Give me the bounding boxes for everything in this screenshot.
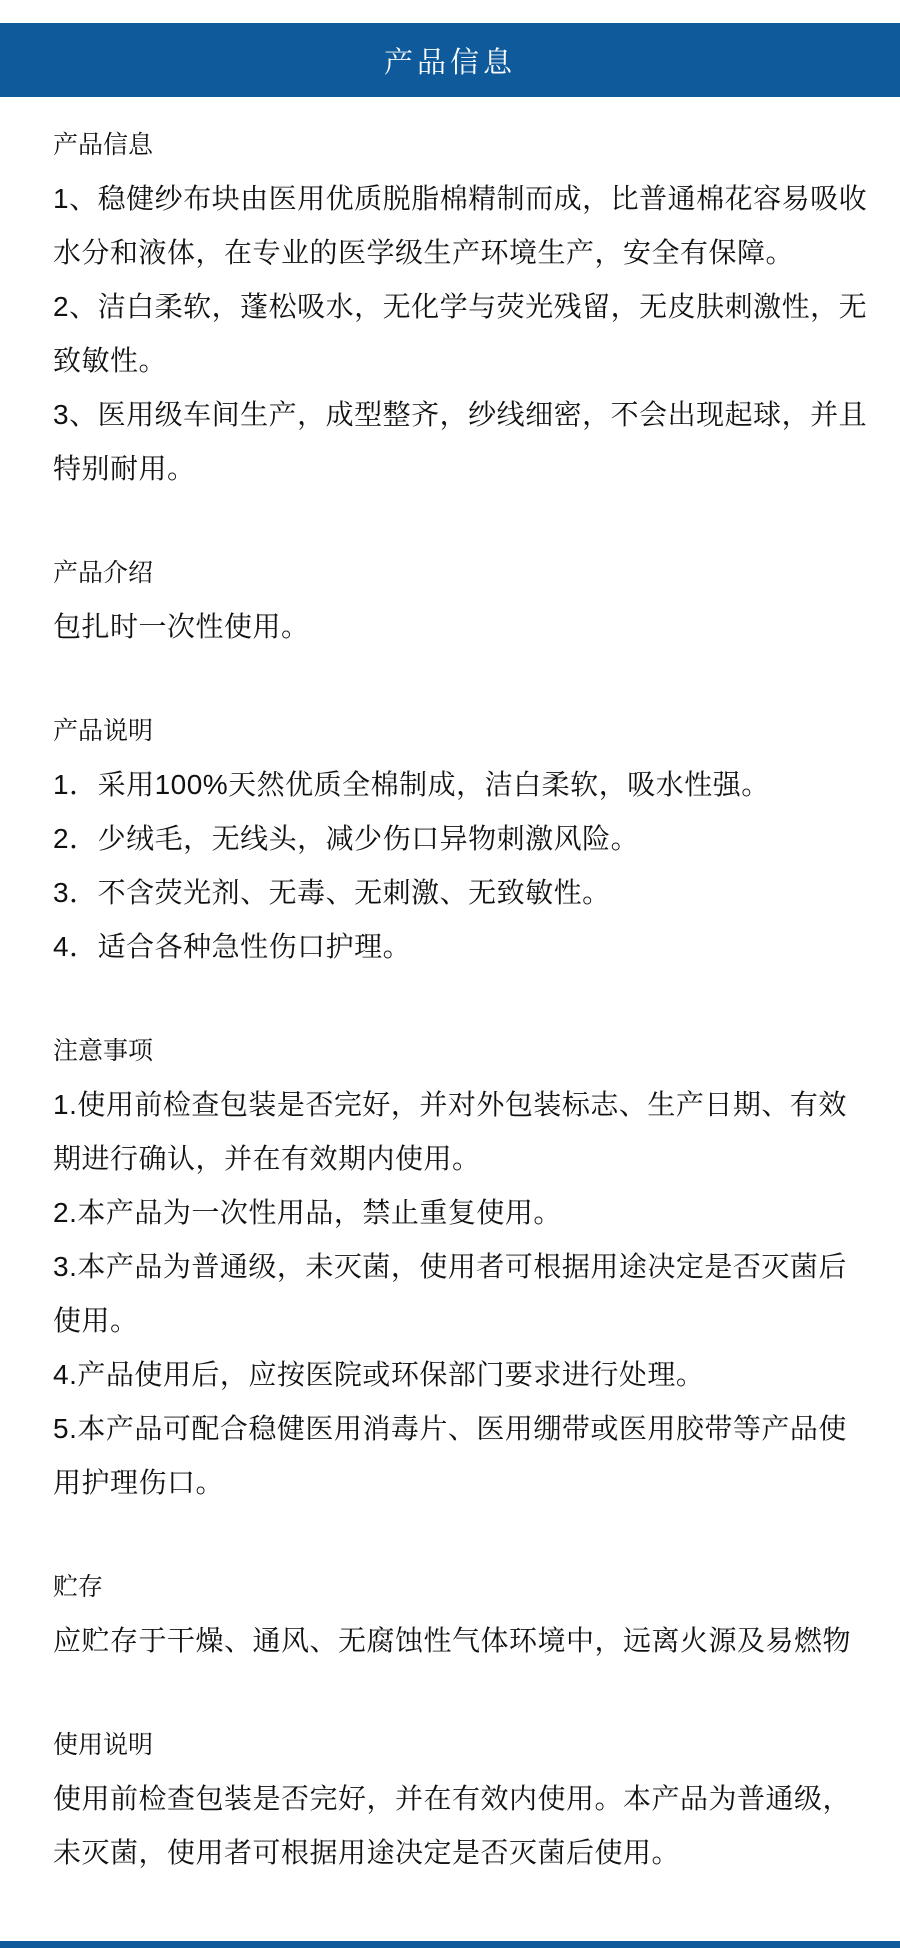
text-line: 2.本产品为一次性用品，禁止重复使用。 (53, 1186, 852, 1240)
product-detail-page: 产品信息 产品信息1、稳健纱布块由医用优质脱脂棉精制而成，比普通棉花容易吸收水分… (0, 0, 900, 1948)
text-line: 水分和液体，在专业的医学级生产环境生产，安全有保障。 (53, 226, 852, 280)
text-line: 未灭菌，使用者可根据用途决定是否灭菌后使用。 (53, 1826, 852, 1880)
text-line: 使用。 (53, 1294, 852, 1348)
text-line: 致敏性。 (53, 334, 852, 388)
section-heading: 使用说明 (53, 1718, 852, 1772)
section-heading: 贮存 (53, 1560, 852, 1614)
section-storage: 贮存应贮存于干燥、通风、无腐蚀性气体环境中，远离火源及易燃物 (53, 1560, 852, 1668)
text-line: 用护理伤口。 (53, 1456, 852, 1510)
text-line: 包扎时一次性使用。 (53, 600, 852, 654)
text-line: 2、洁白柔软，蓬松吸水，无化学与荧光残留，无皮肤刺激性，无 (53, 280, 852, 334)
text-line: 4．适合各种急性伤口护理。 (53, 920, 852, 974)
section-heading: 产品介绍 (53, 546, 852, 600)
text-line: 3.本产品为普通级，未灭菌，使用者可根据用途决定是否灭菌后 (53, 1240, 852, 1294)
text-line: 5.本产品可配合稳健医用消毒片、医用绷带或医用胶带等产品使 (53, 1402, 852, 1456)
page-title: 产品信息 (384, 40, 516, 81)
text-line: 应贮存于干燥、通风、无腐蚀性气体环境中，远离火源及易燃物 (53, 1614, 852, 1668)
top-white-gap (0, 0, 900, 23)
text-line: 3．不含荧光剂、无毒、无刺激、无致敏性。 (53, 866, 852, 920)
section-usage-instructions: 使用说明使用前检查包装是否完好，并在有效内使用。本产品为普通级，未灭菌，使用者可… (53, 1718, 852, 1880)
text-line: 1．采用100%天然优质全棉制成，洁白柔软，吸水性强。 (53, 758, 852, 812)
section-product-info: 产品信息1、稳健纱布块由医用优质脱脂棉精制而成，比普通棉花容易吸收水分和液体，在… (53, 118, 852, 496)
text-line: 特别耐用。 (53, 442, 852, 496)
section-heading: 注意事项 (53, 1024, 852, 1078)
section-heading: 产品信息 (53, 118, 852, 172)
text-line: 1、稳健纱布块由医用优质脱脂棉精制而成，比普通棉花容易吸收 (53, 172, 852, 226)
next-section-header-sliver (0, 1941, 900, 1948)
section-precautions: 注意事项1.使用前检查包装是否完好，并对外包装标志、生产日期、有效期进行确认，并… (53, 1024, 852, 1510)
section-heading: 产品说明 (53, 704, 852, 758)
content-area: 产品信息1、稳健纱布块由医用优质脱脂棉精制而成，比普通棉花容易吸收水分和液体，在… (0, 97, 900, 1880)
text-line: 使用前检查包装是否完好，并在有效内使用。本产品为普通级， (53, 1772, 852, 1826)
section-product-intro: 产品介绍包扎时一次性使用。 (53, 546, 852, 654)
text-line: 期进行确认，并在有效期内使用。 (53, 1132, 852, 1186)
text-line: 3、医用级车间生产，成型整齐，纱线细密，不会出现起球，并且 (53, 388, 852, 442)
section-header-bar: 产品信息 (0, 23, 900, 97)
text-line: 4.产品使用后，应按医院或环保部门要求进行处理。 (53, 1348, 852, 1402)
text-line: 1.使用前检查包装是否完好，并对外包装标志、生产日期、有效 (53, 1078, 852, 1132)
section-product-description: 产品说明1．采用100%天然优质全棉制成，洁白柔软，吸水性强。2．少绒毛，无线头… (53, 704, 852, 974)
text-line: 2．少绒毛，无线头，减少伤口异物刺激风险。 (53, 812, 852, 866)
